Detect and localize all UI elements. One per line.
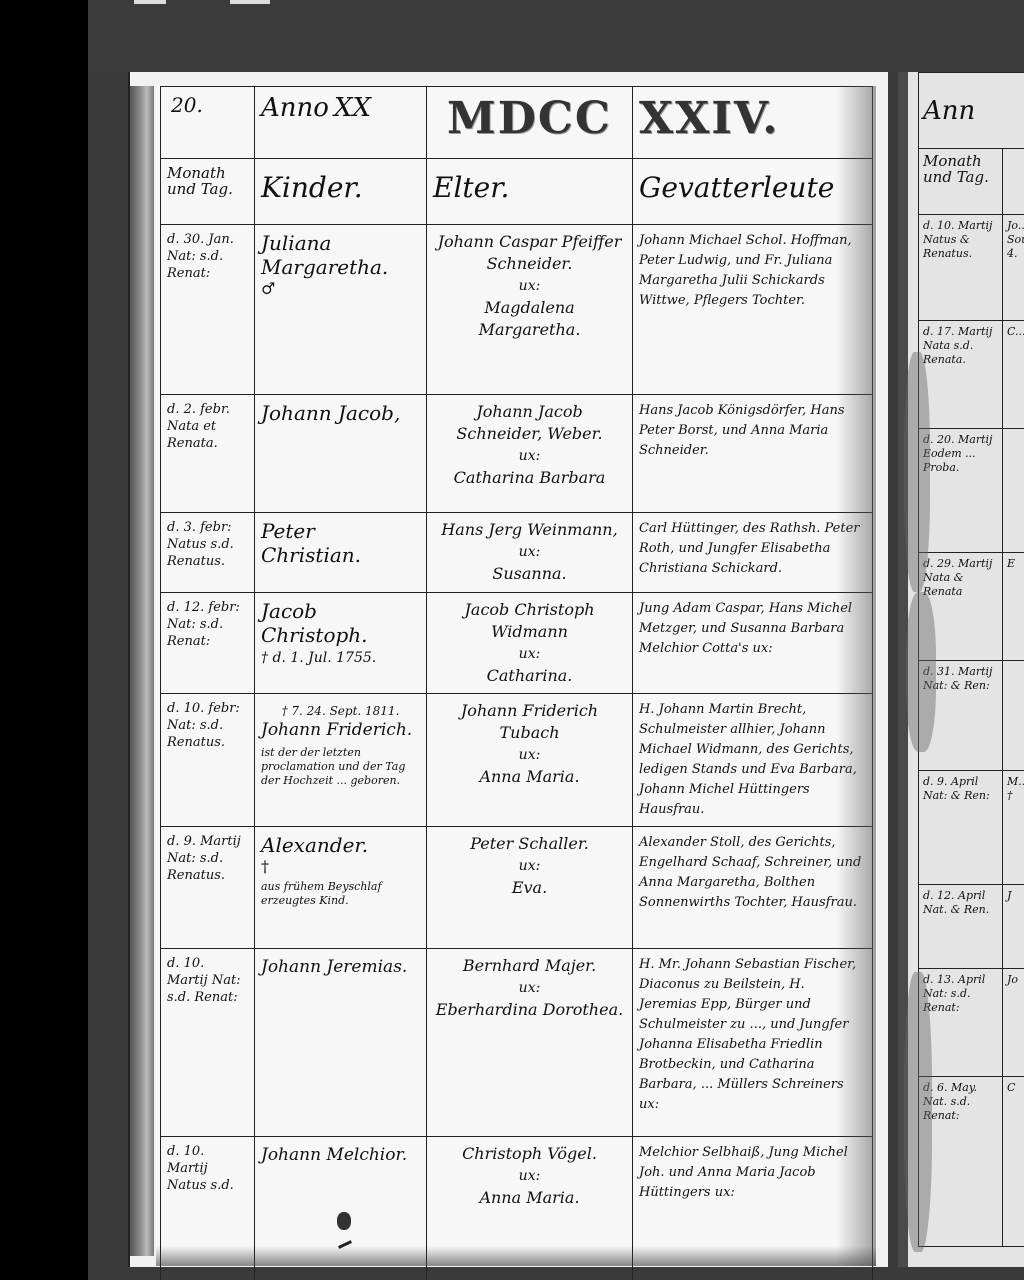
entry-parents: Johann Caspar Pfeiffer Schneider. ux: Ma… [433, 231, 626, 341]
header-children: Kinder. [261, 165, 420, 204]
entry-child: Alexander. [261, 833, 420, 857]
scan-black-margin [0, 0, 88, 1280]
entry-mother: Susanna. [492, 564, 566, 583]
year-heading-row: 20. Anno XX MDCC XXIV. [161, 87, 873, 159]
entry-date: d. 2. febr. Nata et Renata. [167, 401, 248, 452]
page-number: 20. [167, 93, 203, 117]
entry-parents: Bernhard Majer. ux: Eberhardina Dorothea… [433, 955, 626, 1021]
facing-entry-child: Jo [1007, 973, 1024, 987]
scan-top-margin [88, 0, 1024, 72]
facing-entry-date: d. 20. Martij Eodem ... Proba. [923, 433, 998, 475]
header-godparents: Gevatterleute [639, 165, 866, 204]
register-entry: d. 30. Jan. Nat: s.d. Renat: Juliana Mar… [161, 225, 873, 395]
entry-godparents: Johann Michael Schol. Hoffman, Peter Lud… [639, 231, 866, 311]
facing-entry-child: M... † [1007, 775, 1024, 803]
entry-parents: Hans Jerg Weinmann, ux: Susanna. [433, 519, 626, 585]
anno-ghost-letters: XX [334, 93, 371, 123]
entry-mother: Catharina Barbara [454, 468, 606, 487]
ink-blot [337, 1212, 351, 1230]
entry-parents: Christoph Vögel. ux: Anna Maria. [433, 1143, 626, 1209]
entry-godparents: Melchior Selbhaiß, Jung Michel Joh. und … [639, 1143, 866, 1203]
facing-entry: d. 6. May. Nat. s.d. Renat: C [919, 1077, 1024, 1247]
facing-entry: d. 20. Martij Eodem ... Proba. [919, 429, 1024, 553]
entry-date: d. 3. febr: Natus s.d. Renatus. [167, 519, 248, 570]
entry-ux: ux: [433, 541, 626, 563]
entry-godparents: Carl Hüttinger, des Rathsh. Peter Roth, … [639, 519, 866, 579]
entry-godparents: H. Johann Martin Brecht, Schulmeister al… [639, 700, 866, 820]
register-page: 20. Anno XX MDCC XXIV. Monath und Tag. K… [156, 86, 876, 1266]
register-entry: d. 12. febr: Nat: s.d. Renat: Jacob Chri… [161, 593, 873, 694]
facing-entry: d. 17. Martij Nata s.d. Renata. C... [919, 321, 1024, 429]
entry-ux: ux: [433, 275, 626, 297]
year-roman-part-1: MDCC [447, 93, 612, 144]
register-entry: d. 10. febr: Nat: s.d. Renatus. † 7. 24.… [161, 694, 873, 827]
entry-date: d. 10. Martij Natus s.d. [167, 1143, 248, 1194]
birth-note: ist der der letzten proclamation und der… [261, 746, 420, 788]
entry-child: Juliana Margaretha. [261, 231, 420, 279]
entry-godparents: H. Mr. Johann Sebastian Fischer, Diaconu… [639, 955, 866, 1115]
entry-father: Jacob Christoph Widmann [464, 600, 594, 641]
facing-entry-child: E [1007, 557, 1024, 571]
water-stain [904, 352, 930, 592]
water-stain [906, 592, 936, 752]
page-shadow [836, 86, 876, 1266]
facing-entry-child: C... [1007, 325, 1024, 339]
entry-father: Bernhard Majer. [463, 956, 596, 975]
entry-child: Johann Melchior. [261, 1143, 420, 1167]
facing-entry-child: Jo... Sou... 4. [1007, 219, 1024, 261]
entry-godparents: Jung Adam Caspar, Hans Michel Metzger, u… [639, 599, 866, 659]
entry-child: Johann Jacob, [261, 401, 420, 425]
gender-mark-icon: ♂ [261, 279, 420, 298]
facing-entry-date: d. 12. April Nat. & Ren. [923, 889, 998, 917]
register-entry: d. 10. Martij Nat: s.d. Renat: Johann Je… [161, 949, 873, 1137]
entry-date: d. 30. Jan. Nat: s.d. Renat: [167, 231, 248, 282]
entry-parents: Johann Friderich Tubach ux: Anna Maria. [433, 700, 626, 788]
facing-page: Ann Monath und Tag. d. 10. Martij Natus … [898, 72, 1024, 1267]
entry-parents: Johann Jacob Schneider, Weber. ux: Catha… [433, 401, 626, 489]
facing-entry-date: d. 17. Martij Nata s.d. Renata. [923, 325, 998, 367]
scan-tab [230, 0, 270, 4]
column-header-row: Monath und Tag. Kinder. Elter. Gevatterl… [161, 159, 873, 225]
anno-label: Anno [261, 93, 329, 123]
facing-entry: d. 13. April Nat: s.d. Renat: Jo [919, 969, 1024, 1077]
entry-ux: ux: [433, 977, 626, 999]
entry-father: Johann Jacob Schneider, Weber. [456, 402, 602, 443]
entry-child: Peter Christian. [261, 519, 420, 567]
entry-godparents: Alexander Stoll, des Gerichts, Engelhard… [639, 833, 866, 913]
entry-mother: Eberhardina Dorothea. [436, 1000, 623, 1019]
facing-entry-date: d. 10. Martij Natus & Renatus. [923, 219, 998, 261]
entry-father: Christoph Vögel. [462, 1144, 597, 1163]
page-shadow [156, 1246, 876, 1266]
facing-entry-date: d. 13. April Nat: s.d. Renat: [923, 973, 998, 1015]
entry-father: Johann Caspar Pfeiffer Schneider. [438, 232, 622, 273]
water-stain [904, 972, 932, 1252]
entry-date: d. 10. febr: Nat: s.d. Renatus. [167, 700, 248, 751]
entry-father: Johann Friderich Tubach [461, 701, 598, 742]
entry-date: d. 10. Martij Nat: s.d. Renat: [167, 955, 248, 1006]
entry-mother: Catharina. [487, 666, 573, 685]
entry-ux: ux: [433, 744, 626, 766]
cross-mark-icon: † [261, 857, 420, 876]
entry-mother: Anna Maria. [479, 767, 579, 786]
baptism-register-table: 20. Anno XX MDCC XXIV. Monath und Tag. K… [160, 86, 873, 1280]
entry-ux: ux: [433, 855, 626, 877]
entry-parents: Jacob Christoph Widmann ux: Catharina. [433, 599, 626, 687]
page-edge [130, 86, 154, 1256]
year-roman-part-2: XXIV. [639, 93, 780, 144]
death-note: † 7. 24. Sept. 1811. [261, 704, 420, 718]
entry-child: Johann Friderich. [261, 718, 420, 742]
facing-entry-date: d. 29. Martij Nata & Renata [923, 557, 998, 599]
facing-anno-label: Ann [923, 96, 975, 126]
entry-date: d. 12. febr: Nat: s.d. Renat: [167, 599, 248, 650]
header-parents: Elter. [433, 165, 626, 204]
register-entry: d. 3. febr: Natus s.d. Renatus. Peter Ch… [161, 513, 873, 593]
facing-entry: d. 12. April Nat. & Ren. J [919, 885, 1024, 969]
facing-entry-date: d. 6. May. Nat. s.d. Renat: [923, 1081, 998, 1123]
entry-parents: Peter Schaller. ux: Eva. [433, 833, 626, 899]
birth-note: aus frühem Beyschlaf erzeugtes Kind. [261, 880, 420, 908]
entry-father: Hans Jerg Weinmann, [441, 520, 617, 539]
entry-mother: Anna Maria. [479, 1188, 579, 1207]
register-entry: d. 9. Martij Nat: s.d. Renatus. Alexande… [161, 827, 873, 949]
entry-ux: ux: [433, 445, 626, 467]
register-entry: d. 2. febr. Nata et Renata. Johann Jacob… [161, 395, 873, 513]
facing-entry-child: J [1007, 889, 1024, 903]
entry-father: Peter Schaller. [470, 834, 589, 853]
facing-entry-child: C [1007, 1081, 1024, 1095]
entry-godparents: Hans Jacob Königsdörfer, Hans Peter Bors… [639, 401, 866, 461]
scan-tab [134, 0, 166, 4]
entry-ux: ux: [433, 643, 626, 665]
death-note: † d. 1. Jul. 1755. [261, 651, 420, 665]
facing-entry-date: d. 9. April Nat: & Ren: [923, 775, 998, 803]
entry-mother: Eva. [512, 878, 547, 897]
entry-mother: Magdalena Margaretha. [479, 298, 581, 339]
entry-child: Johann Jeremias. [261, 955, 420, 979]
entry-date: d. 9. Martij Nat: s.d. Renatus. [167, 833, 248, 884]
entry-child: Jacob Christoph. [261, 599, 420, 647]
facing-entry: d. 9. April Nat: & Ren: M... † [919, 771, 1024, 885]
facing-entry: d. 10. Martij Natus & Renatus. Jo... Sou… [919, 215, 1024, 321]
facing-header-date: Monath und Tag. [923, 153, 998, 185]
entry-ux: ux: [433, 1165, 626, 1187]
header-date: Monath und Tag. [167, 165, 248, 197]
